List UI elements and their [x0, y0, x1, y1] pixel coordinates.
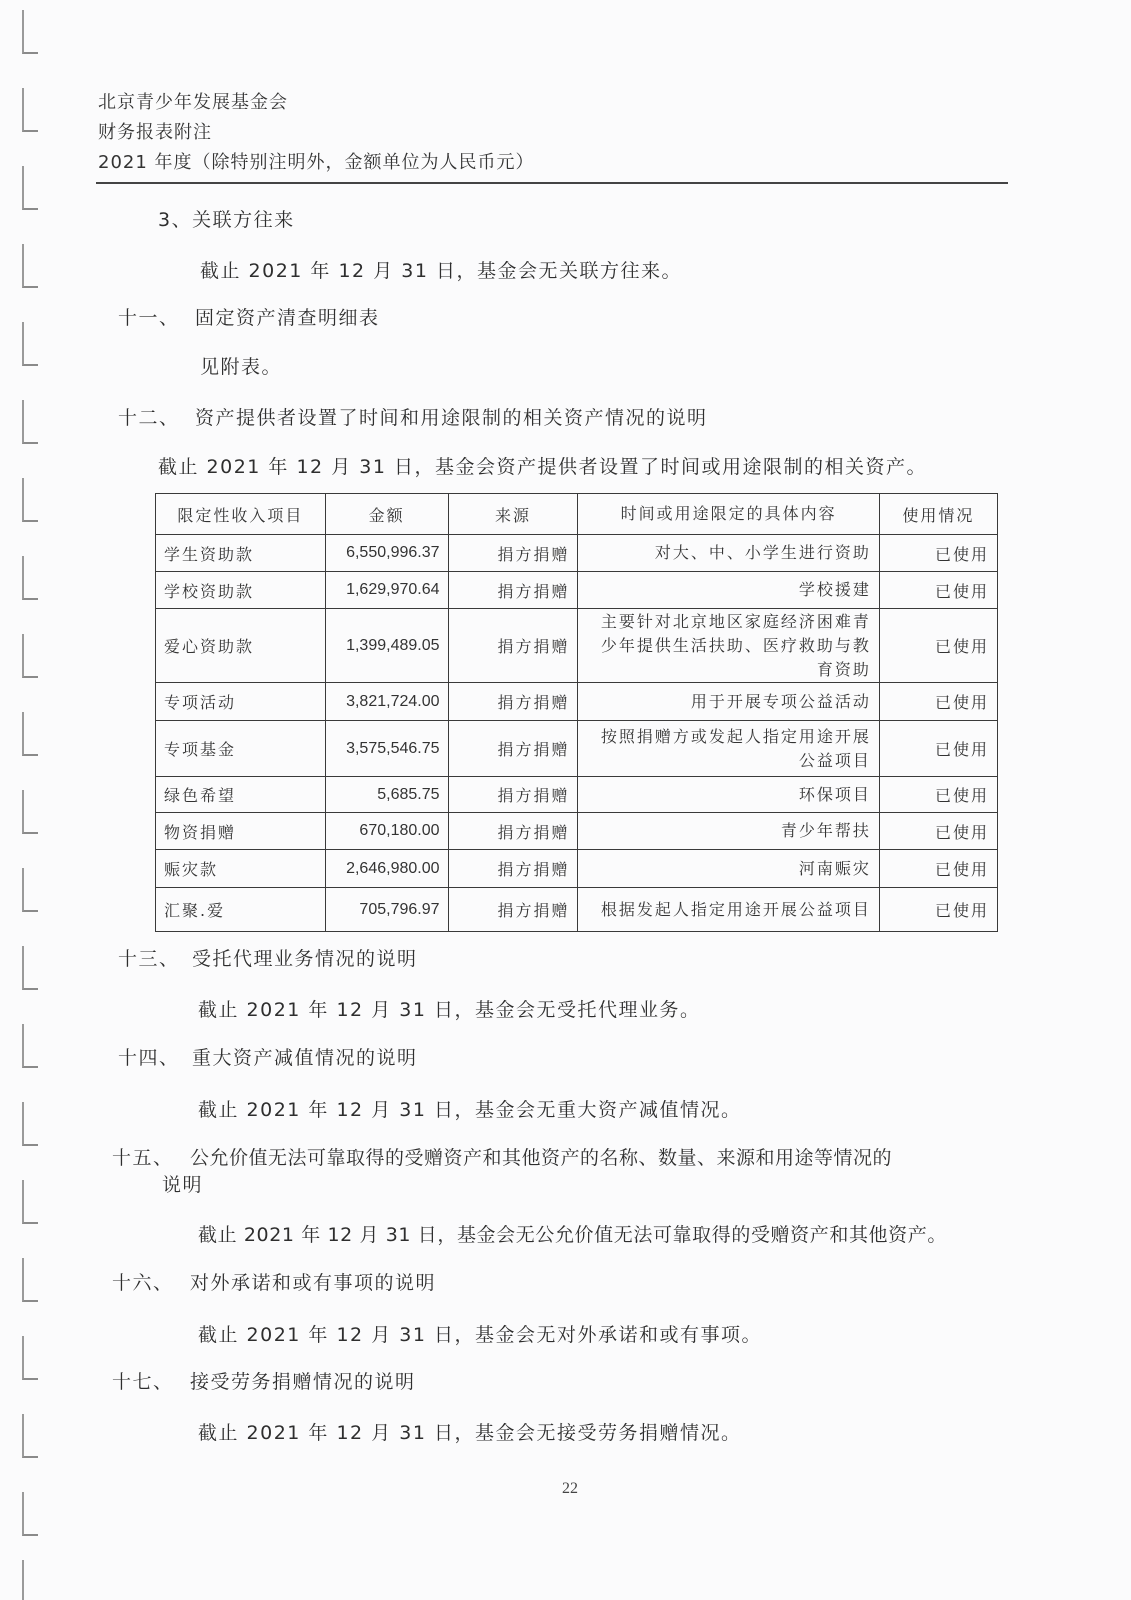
cell-item: 汇聚.爱: [156, 888, 326, 932]
cell-item: 学生资助款: [156, 535, 326, 572]
section-13-heading: 受托代理业务情况的说明: [192, 944, 418, 971]
cell-amount: 2,646,980.00: [325, 850, 448, 888]
table-header-row: 限定性收入项目 金额 来源 时间或用途限定的具体内容 使用情况: [156, 494, 998, 535]
margin-mark: [22, 556, 38, 600]
margin-mark: [22, 1336, 38, 1380]
cell-source: 捐方捐赠: [448, 572, 578, 609]
cell-amount: 1,629,970.64: [325, 572, 448, 609]
cell-restriction: 学校援建: [578, 572, 879, 609]
cell-amount: 3,821,724.00: [325, 683, 448, 721]
section-15-body: 截止 2021 年 12 月 31 日，基金会无公允价值无法可靠取得的受赠资产和…: [198, 1220, 947, 1247]
margin-mark: [22, 1414, 38, 1458]
margin-mark: [22, 1492, 38, 1536]
cell-amount: 705,796.97: [325, 888, 448, 932]
col-header-status: 使用情况: [879, 494, 997, 535]
section-12-heading: 资产提供者设置了时间和用途限制的相关资产情况的说明: [195, 403, 708, 430]
restricted-assets-table: 限定性收入项目 金额 来源 时间或用途限定的具体内容 使用情况 学生资助款 6,…: [155, 493, 998, 932]
margin-mark: [22, 712, 38, 756]
margin-mark: [22, 166, 38, 210]
col-header-amount: 金额: [325, 494, 448, 535]
cell-status: 已使用: [879, 609, 997, 683]
margin-mark: [22, 790, 38, 834]
section-13-body: 截止 2021 年 12 月 31 日，基金会无受托代理业务。: [198, 995, 700, 1022]
margin-mark: [22, 1180, 38, 1224]
table-row: 专项基金 3,575,546.75 捐方捐赠 按照捐赠方或发起人指定用途开展公益…: [156, 721, 998, 777]
cell-item: 绿色希望: [156, 777, 326, 813]
table-row: 学生资助款 6,550,996.37 捐方捐赠 对大、中、小学生进行资助 已使用: [156, 535, 998, 572]
cell-item: 爱心资助款: [156, 609, 326, 683]
cell-source: 捐方捐赠: [448, 813, 578, 850]
cell-item: 专项基金: [156, 721, 326, 777]
section-12-num: 十二、: [118, 403, 180, 430]
section-14-num: 十四、: [118, 1043, 180, 1070]
margin-mark: [22, 88, 38, 132]
table-row: 专项活动 3,821,724.00 捐方捐赠 用于开展专项公益活动 已使用: [156, 683, 998, 721]
table-row: 爱心资助款 1,399,489.05 捐方捐赠 主要针对北京地区家庭经济困难青少…: [156, 609, 998, 683]
cell-status: 已使用: [879, 721, 997, 777]
section-11-heading: 固定资产清查明细表: [195, 303, 380, 330]
cell-amount: 6,550,996.37: [325, 535, 448, 572]
col-header-source: 来源: [448, 494, 578, 535]
cell-source: 捐方捐赠: [448, 609, 578, 683]
margin-mark: [22, 1024, 38, 1068]
table-row: 赈灾款 2,646,980.00 捐方捐赠 河南赈灾 已使用: [156, 850, 998, 888]
cell-item: 物资捐赠: [156, 813, 326, 850]
section-17-num: 十七、: [112, 1367, 174, 1394]
document-page: 北京青少年发展基金会 财务报表附注 2021 年度（除特别注明外，金额单位为人民…: [0, 0, 1131, 1600]
cell-item: 专项活动: [156, 683, 326, 721]
section-3-body: 截止 2021 年 12 月 31 日，基金会无关联方往来。: [200, 256, 682, 283]
margin-mark: [22, 1102, 38, 1146]
cell-status: 已使用: [879, 813, 997, 850]
cell-source: 捐方捐赠: [448, 850, 578, 888]
section-12-body: 截止 2021 年 12 月 31 日，基金会资产提供者设置了时间或用途限制的相…: [158, 452, 927, 479]
margin-mark: [22, 634, 38, 678]
margin-mark: [22, 1258, 38, 1302]
margin-mark: [22, 10, 38, 54]
margin-mark: [22, 400, 38, 444]
section-16-body: 截止 2021 年 12 月 31 日，基金会无对外承诺和或有事项。: [198, 1320, 762, 1347]
cell-restriction: 河南赈灾: [578, 850, 879, 888]
cell-restriction: 青少年帮扶: [578, 813, 879, 850]
cell-restriction: 环保项目: [578, 777, 879, 813]
header-org: 北京青少年发展基金会: [98, 88, 288, 114]
cell-restriction: 按照捐赠方或发起人指定用途开展公益项目: [578, 721, 879, 777]
cell-status: 已使用: [879, 777, 997, 813]
cell-restriction: 主要针对北京地区家庭经济困难青少年提供生活扶助、医疗救助与教育资助: [578, 609, 879, 683]
cell-source: 捐方捐赠: [448, 888, 578, 932]
cell-source: 捐方捐赠: [448, 721, 578, 777]
binding-margin-marks: [22, 0, 42, 1600]
cell-restriction: 对大、中、小学生进行资助: [578, 535, 879, 572]
section-13-num: 十三、: [118, 944, 180, 971]
section-16-heading: 对外承诺和或有事项的说明: [190, 1268, 436, 1295]
margin-mark: [22, 1560, 38, 1600]
header-period: 2021 年度（除特别注明外，金额单位为人民币元）: [98, 148, 535, 174]
section-14-body: 截止 2021 年 12 月 31 日，基金会无重大资产减值情况。: [198, 1095, 741, 1122]
table-row: 物资捐赠 670,180.00 捐方捐赠 青少年帮扶 已使用: [156, 813, 998, 850]
cell-status: 已使用: [879, 888, 997, 932]
table-row: 学校资助款 1,629,970.64 捐方捐赠 学校援建 已使用: [156, 572, 998, 609]
cell-item: 学校资助款: [156, 572, 326, 609]
section-11-body: 见附表。: [200, 352, 282, 379]
cell-source: 捐方捐赠: [448, 777, 578, 813]
margin-mark: [22, 322, 38, 366]
cell-restriction: 根据发起人指定用途开展公益项目: [578, 888, 879, 932]
cell-source: 捐方捐赠: [448, 535, 578, 572]
cell-amount: 1,399,489.05: [325, 609, 448, 683]
section-17-heading: 接受劳务捐赠情况的说明: [190, 1367, 416, 1394]
section-15-heading: 公允价值无法可靠取得的受赠资产和其他资产的名称、数量、来源和用途等情况的: [190, 1143, 892, 1170]
margin-mark: [22, 946, 38, 990]
table-row: 绿色希望 5,685.75 捐方捐赠 环保项目 已使用: [156, 777, 998, 813]
page-number: 22: [562, 1480, 578, 1498]
cell-status: 已使用: [879, 850, 997, 888]
cell-item: 赈灾款: [156, 850, 326, 888]
col-header-item: 限定性收入项目: [156, 494, 326, 535]
col-header-restriction: 时间或用途限定的具体内容: [578, 494, 879, 535]
section-3-heading: 3、关联方往来: [158, 205, 295, 232]
cell-status: 已使用: [879, 572, 997, 609]
table-row: 汇聚.爱 705,796.97 捐方捐赠 根据发起人指定用途开展公益项目 已使用: [156, 888, 998, 932]
margin-mark: [22, 868, 38, 912]
cell-amount: 670,180.00: [325, 813, 448, 850]
section-17-body: 截止 2021 年 12 月 31 日，基金会无接受劳务捐赠情况。: [198, 1418, 741, 1445]
section-16-num: 十六、: [112, 1268, 174, 1295]
cell-restriction: 用于开展专项公益活动: [578, 683, 879, 721]
section-14-heading: 重大资产减值情况的说明: [192, 1043, 418, 1070]
cell-status: 已使用: [879, 683, 997, 721]
section-15-num: 十五、: [112, 1143, 174, 1170]
cell-amount: 5,685.75: [325, 777, 448, 813]
header-rule: [96, 182, 1008, 184]
margin-mark: [22, 244, 38, 288]
section-11-num: 十一、: [118, 303, 180, 330]
margin-mark: [22, 478, 38, 522]
section-15-heading-cont: 说明: [162, 1170, 203, 1197]
cell-source: 捐方捐赠: [448, 683, 578, 721]
cell-amount: 3,575,546.75: [325, 721, 448, 777]
header-doc-title: 财务报表附注: [98, 118, 212, 144]
cell-status: 已使用: [879, 535, 997, 572]
